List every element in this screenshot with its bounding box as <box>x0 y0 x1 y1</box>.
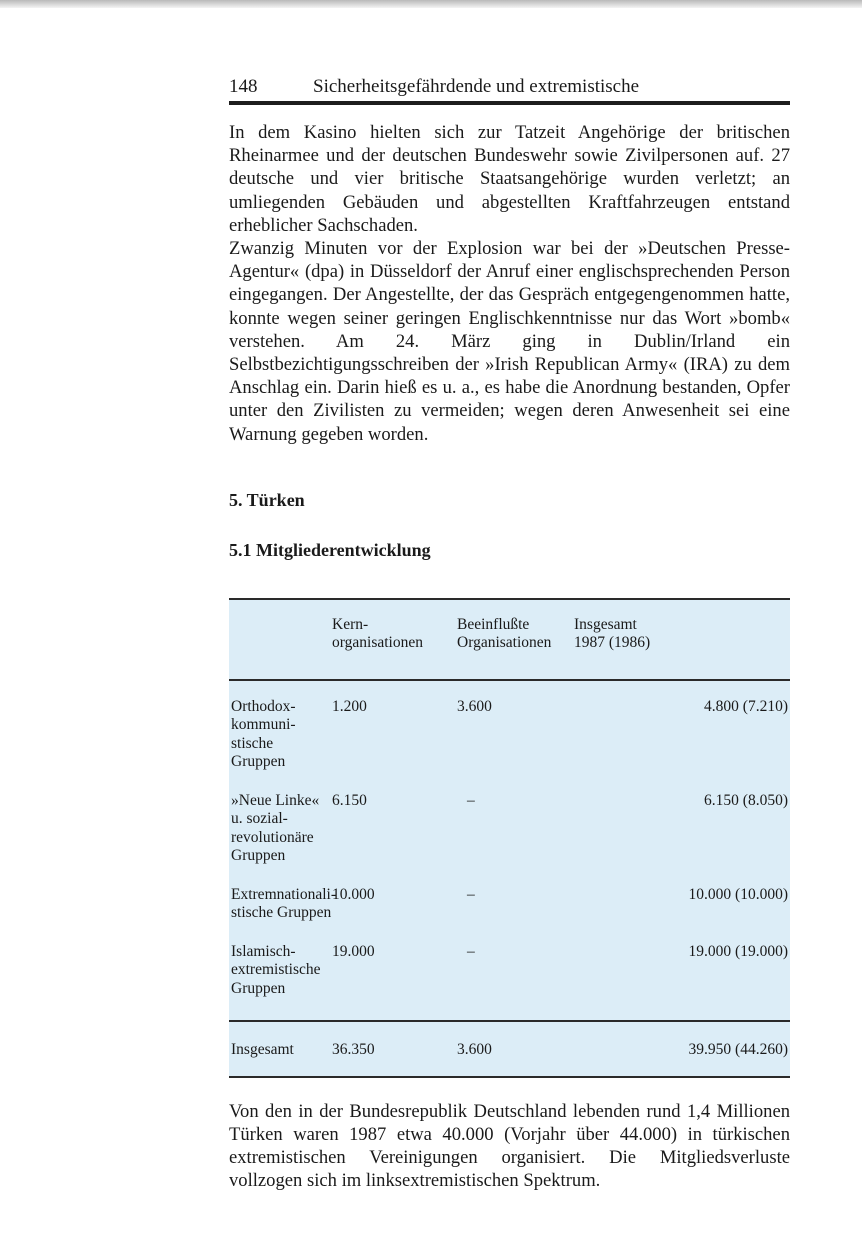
cell-kern: 19.000 <box>332 943 457 999</box>
row-label: Orthodox- kommuni- stische Gruppen <box>231 698 332 772</box>
paragraph-summary: Von den in der Bundesrepublik Deutschlan… <box>229 1100 790 1193</box>
cell-beeinflusst: – <box>457 792 574 866</box>
cell-insgesamt: 4.800 (7.210) <box>574 698 788 772</box>
total-insgesamt: 39.950 (44.260) <box>574 1041 788 1060</box>
running-title: Sicherheitsgefährdende und extremistisch… <box>313 76 639 98</box>
table-row: Orthodox- kommuni- stische Gruppen 1.200… <box>229 681 790 772</box>
table-row: Islamisch- extremistische Gruppen 19.000… <box>229 923 790 1021</box>
row-label: »Neue Linke« u. sozial- revolutionäre Gr… <box>231 792 332 866</box>
cell-insgesamt: 10.000 (10.000) <box>574 886 788 923</box>
column-header-beeinflusst: Beeinflußte Organisationen <box>457 616 574 653</box>
row-label: Islamisch- extremistische Gruppen <box>231 943 332 999</box>
row-label: Extremnationali- stische Gruppen <box>231 886 332 923</box>
total-kern: 36.350 <box>332 1041 457 1060</box>
book-page: 148 Sicherheitsgefährdende und extremist… <box>229 76 790 1193</box>
total-beeinflusst: 3.600 <box>457 1041 574 1060</box>
table-total-row: Insgesamt 36.350 3.600 39.950 (44.260) <box>229 1020 790 1076</box>
column-header-insgesamt: Insgesamt 1987 (1986) <box>574 616 788 653</box>
running-header: 148 Sicherheitsgefährdende und extremist… <box>229 76 790 105</box>
paragraph-casino: In dem Kasino hielten sich zur Tatzeit A… <box>229 121 790 237</box>
membership-table: Kern- organisationen Beeinflußte Organis… <box>229 598 790 1078</box>
cell-beeinflusst: – <box>457 943 574 999</box>
cell-kern: 10.000 <box>332 886 457 923</box>
column-header-kern: Kern- organisationen <box>332 616 457 653</box>
subsection-heading: 5.1 Mitgliederentwicklung <box>229 539 790 561</box>
cell-kern: 1.200 <box>332 698 457 772</box>
cell-beeinflusst: 3.600 <box>457 698 574 772</box>
scan-edge-shadow <box>0 0 862 8</box>
cell-insgesamt: 19.000 (19.000) <box>574 943 788 999</box>
page-number: 148 <box>229 76 313 98</box>
table-row: Extremnationali- stische Gruppen 10.000 … <box>229 866 790 923</box>
cell-beeinflusst: – <box>457 886 574 923</box>
section-heading: 5. Türken <box>229 489 790 511</box>
paragraph-dpa-call: Zwanzig Minuten vor der Explosion war be… <box>229 237 790 446</box>
cell-kern: 6.150 <box>332 792 457 866</box>
total-label: Insgesamt <box>231 1041 332 1060</box>
table-row: »Neue Linke« u. sozial- revolutionäre Gr… <box>229 772 790 866</box>
cell-insgesamt: 6.150 (8.050) <box>574 792 788 866</box>
column-header-category <box>231 616 332 653</box>
table-header-row: Kern- organisationen Beeinflußte Organis… <box>229 600 790 681</box>
